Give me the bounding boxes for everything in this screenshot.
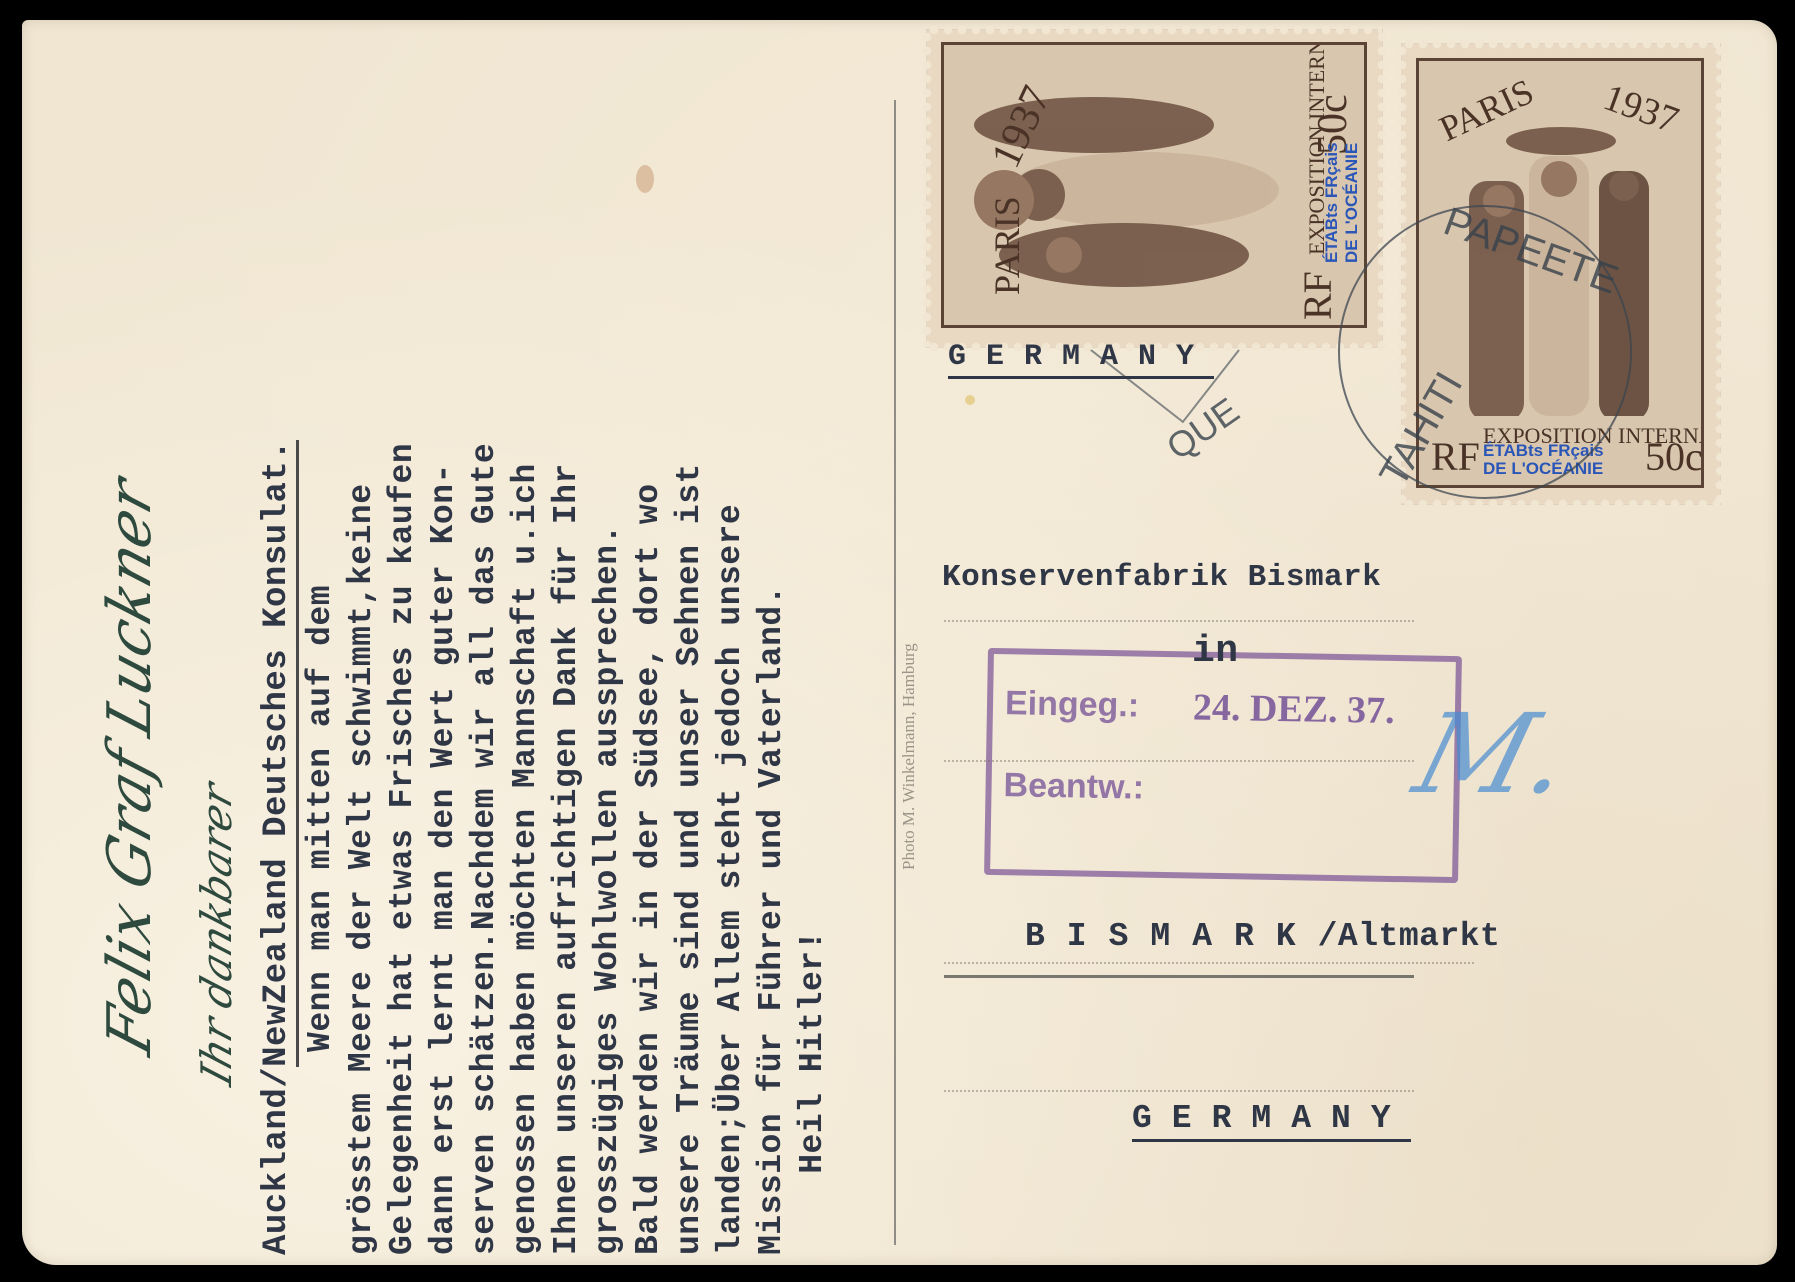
country-footer: GERMANY: [1132, 1100, 1411, 1142]
stain: [965, 395, 975, 405]
stamp-overprint-line1: ÉTABts FRçais: [1322, 142, 1342, 263]
message-line: landen;Über Allem steht jedoch unsere: [710, 30, 751, 1255]
signature-name: Felix Graf Luckner: [95, 470, 165, 1063]
address-in: in: [1192, 630, 1239, 673]
message-line: dann erst lernt man den Wert guter Kon-: [423, 30, 464, 1255]
message-line: serven schätzen.Nachdem wir all das Gute: [464, 30, 505, 1255]
message-line: Wenn man mitten auf dem: [300, 30, 341, 1255]
message-line: grosszügiges Wohlwollen aussprechen.: [587, 30, 628, 1255]
country-header: GERMANY: [948, 340, 1214, 379]
postmark-round: PAPEETE TAHITI: [1338, 205, 1632, 499]
typed-message: Auckland/NewZealand Deutsches Konsulat. …: [255, 30, 915, 1255]
perforation: [1402, 39, 1720, 49]
divider-line: [894, 100, 897, 1245]
receipt-received-label: Eingeg.:: [1005, 684, 1140, 725]
perforation: [922, 30, 932, 347]
stamp-city: PARIS: [986, 196, 1028, 295]
receipt-date: 24. DEZ. 37.: [1193, 685, 1395, 733]
heading-city: Auckland/: [258, 1067, 296, 1255]
message-line: Bald werden wir in der Südsee, dort wo: [628, 30, 669, 1255]
stamp-overprint-line2: DE L'OCÉANIE: [1342, 143, 1362, 263]
message-heading: Auckland/NewZealand Deutsches Konsulat.: [255, 30, 300, 1255]
photo-credit: Photo M. Winkelmann, Hamburg: [899, 643, 919, 870]
city-region: /Altmarkt: [1318, 918, 1501, 955]
receipt-answered-label: Beantw.:: [1003, 766, 1144, 807]
message-line: genossen haben möchten Mannschaft u.ich: [505, 30, 546, 1255]
postmark-region: TAHITI: [1371, 365, 1472, 495]
message-line: Heil Hitler!: [792, 30, 833, 1255]
message-line: unsere Träume sind und unser Sehnen ist: [669, 30, 710, 1255]
perforation: [1715, 44, 1725, 504]
recipient-city: BISMARK/Altmarkt: [1025, 918, 1500, 955]
perforation: [1402, 499, 1720, 509]
message-line: Gelegenheit hat etwas Frisches zu kaufen: [382, 30, 423, 1255]
receipt-stamp: Eingeg.: 24. DEZ. 37. Beantw.:: [984, 648, 1462, 883]
stamp-left: PARIS 1937 50c RF EXPOSITION INTERNATION…: [927, 30, 1382, 347]
stamp-value: 50c: [1645, 433, 1703, 480]
address-guideline: [944, 962, 1474, 964]
address-guideline: [944, 760, 1414, 762]
address-guideline: [944, 1090, 1414, 1092]
perforation: [927, 25, 1382, 35]
heading-consulate: NewZealand Deutsches Konsulat.: [258, 440, 299, 1067]
message-line: Ihnen unseren aufrichtigen Dank für Ihr: [546, 30, 587, 1255]
stamp-monogram: RF: [1294, 271, 1341, 320]
city-name: BISMARK: [1025, 918, 1318, 955]
signature-closing: Ihr dankbarer: [192, 777, 241, 1091]
recipient-name: Konservenfabrik Bismark: [942, 560, 1381, 595]
stamp-frame: PARIS 1937 50c RF EXPOSITION INTERNATION…: [941, 42, 1367, 328]
message-line: Mission für Führer und Vaterland.: [751, 30, 792, 1255]
address-rule: [944, 975, 1414, 978]
message-line: grösstem Meere der Welt schwimmt,keine: [341, 30, 382, 1255]
address-guideline: [944, 620, 1414, 622]
